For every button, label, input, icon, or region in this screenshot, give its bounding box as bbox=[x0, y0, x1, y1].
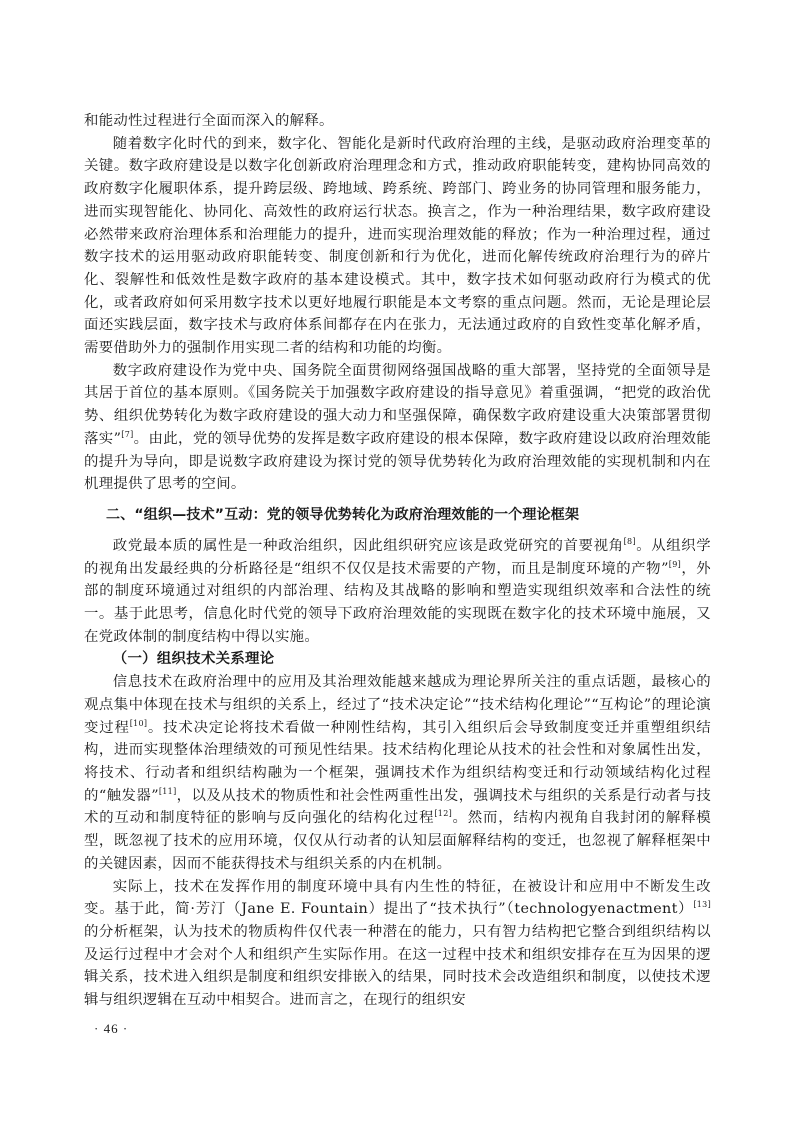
paragraph-text: 实际上，技术在发挥作用的制度环境中具有内生性的特征，在被设计和应用中不断发生改变… bbox=[84, 879, 711, 918]
paragraph-text: 和能动性过程进行全面而深入的解释。 bbox=[84, 113, 334, 129]
paragraph-digital-era: 随着数字化时代的到来，数字化、智能化是新时代政府治理的主线，是驱动政府治理变革的… bbox=[84, 133, 711, 360]
paragraph-technology-theory: 信息技术在政府治理中的应用及其治理效能越来越成为理论界所关注的重点话题，最核心的… bbox=[84, 671, 711, 875]
citation-ref: [8] bbox=[624, 537, 636, 546]
page-body: 和能动性过程进行全面而深入的解释。 随着数字化时代的到来，数字化、智能化是新时代… bbox=[84, 110, 711, 1012]
paragraph-text: 政党最本质的属性是一种政治组织，因此组织研究应该是政党研究的首要视角 bbox=[113, 538, 624, 554]
citation-ref: [13] bbox=[693, 900, 711, 909]
page-number: · 46 · bbox=[94, 1021, 128, 1037]
citation-ref: [11] bbox=[159, 787, 177, 796]
subsection-heading: （一）组织技术关系理论 bbox=[84, 648, 711, 671]
paragraph-technology-enactment: 实际上，技术在发挥作用的制度环境中具有内生性的特征，在被设计和应用中不断发生改变… bbox=[84, 876, 711, 1012]
paragraph-continuation: 和能动性过程进行全面而深入的解释。 bbox=[84, 110, 711, 133]
citation-ref: [12] bbox=[434, 809, 452, 818]
citation-ref: [9] bbox=[669, 560, 681, 569]
paragraph-text: 随着数字化时代的到来，数字化、智能化是新时代政府治理的主线，是驱动政府治理变革的… bbox=[84, 136, 711, 356]
paragraph-party-organization: 政党最本质的属性是一种政治组织，因此组织研究应该是政党研究的首要视角[8]。从组… bbox=[84, 535, 711, 649]
paragraph-party-leadership: 数字政府建设作为党中央、国务院全面贯彻网络强国战略的重大部署，坚持党的全面领导是… bbox=[84, 360, 711, 496]
paragraph-text: 的分析框架，认为技术的物质构件仅代表一种潜在的能力，只有智力结构把它整合到组织结… bbox=[84, 924, 711, 1008]
paragraph-text: 。由此，党的领导优势的发挥是数字政府建设的根本保障，数字政府建设以政府治理效能的… bbox=[84, 431, 711, 492]
citation-ref: [10] bbox=[130, 719, 148, 728]
citation-ref: [7] bbox=[121, 430, 133, 439]
section-heading: 二、“组织—技术”互动：党的领导优势转化为政府治理效能的一个理论框架 bbox=[84, 504, 711, 526]
